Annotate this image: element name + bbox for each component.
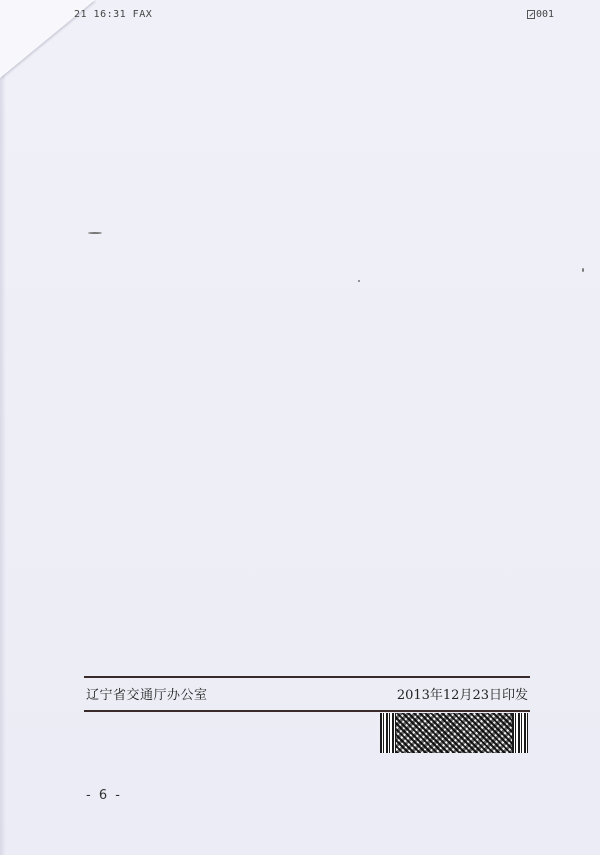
issuing-office: 辽宁省交通厅办公室 [86,684,208,703]
scan-speck [358,280,360,282]
fax-page-counter: 001 [527,9,554,20]
scan-speck [582,268,584,272]
barcode-pattern [396,713,512,753]
fax-page-number: 001 [536,9,554,20]
page-edge-shadow [0,0,6,855]
scan-speck [88,232,102,234]
2d-barcode-icon [380,713,528,753]
footer-bottom-rule [84,710,530,712]
issue-date: 2013年12月23日印发 [397,684,528,703]
page-number: - 6 - [86,788,122,803]
fax-header-timestamp: 21 16:31 FAX [74,9,152,20]
footer-top-rule [84,676,530,678]
fax-page-icon [527,10,535,19]
document-page: 21 16:31 FAX 001 辽宁省交通厅办公室 2013年12月23日印发… [0,0,600,855]
